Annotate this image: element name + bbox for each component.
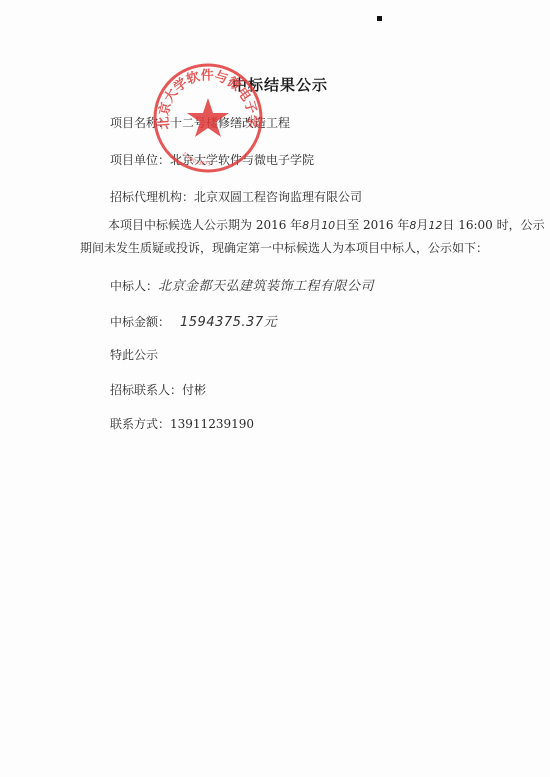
- official-seal-stamp: 北京大学软件与微电子学院 1108013873: [152, 62, 264, 174]
- handwritten-day-2: 12: [428, 219, 442, 232]
- body-line-2: 期间未发生质疑或投诉，现确定第一中标候选人为本项目中标人，公示如下：: [80, 239, 488, 256]
- star-icon: [187, 98, 229, 137]
- agency-value: 北京双圆工程咨询监理有限公司: [194, 190, 362, 204]
- contact-row: 招标联系人：付彬: [110, 381, 206, 398]
- phone-label: 联系方式：: [110, 417, 170, 431]
- contact-value: 付彬: [182, 383, 206, 397]
- scan-speck: [377, 16, 382, 21]
- phone-row: 联系方式：13911239190: [110, 415, 254, 432]
- phone-value: 13911239190: [170, 417, 254, 431]
- body-text: 月: [309, 218, 321, 232]
- agency-label: 招标代理机构：: [110, 190, 194, 204]
- amount-row: 中标金额：1594375.37元: [110, 311, 277, 330]
- closing-text: 特此公示: [110, 346, 158, 363]
- body-text: 本项目中标候选人公示期为 2016 年: [108, 218, 302, 232]
- amount-label: 中标金额：: [110, 315, 170, 329]
- handwritten-day-1: 10: [321, 219, 335, 232]
- amount-value: 1594375.37元: [180, 315, 277, 330]
- contact-label: 招标联系人：: [110, 383, 182, 397]
- winner-row: 中标人：北京金都天弘建筑装饰工程有限公司: [110, 275, 374, 294]
- winner-label: 中标人：: [110, 279, 158, 293]
- winner-value: 北京金都天弘建筑装饰工程有限公司: [158, 279, 374, 294]
- body-text: 日 16:00 时，公示: [442, 218, 544, 232]
- body-text: 月: [416, 218, 428, 232]
- agency-row: 招标代理机构：北京双圆工程咨询监理有限公司: [110, 188, 362, 205]
- document-page: 中标结果公示 项目名称：十二号楼修缮改造工程 项目单位：北京大学软件与微电子学院…: [0, 0, 550, 777]
- body-line-1: 本项目中标候选人公示期为 2016 年8月10日至 2016 年8月12日 16…: [108, 216, 545, 233]
- body-text: 日至 2016 年: [335, 218, 409, 232]
